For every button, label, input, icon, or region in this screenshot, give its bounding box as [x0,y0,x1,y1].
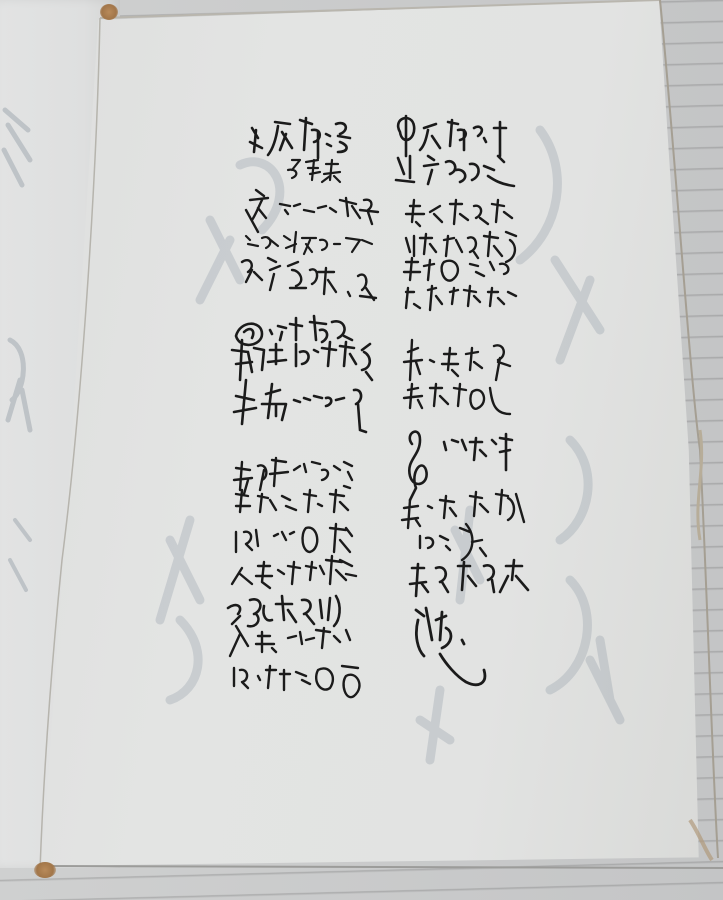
stain-top-left-corner [100,4,118,20]
book-page [42,0,702,866]
bleed-through-marks-left [0,90,60,610]
stain-bottom-left-corner [34,862,56,878]
